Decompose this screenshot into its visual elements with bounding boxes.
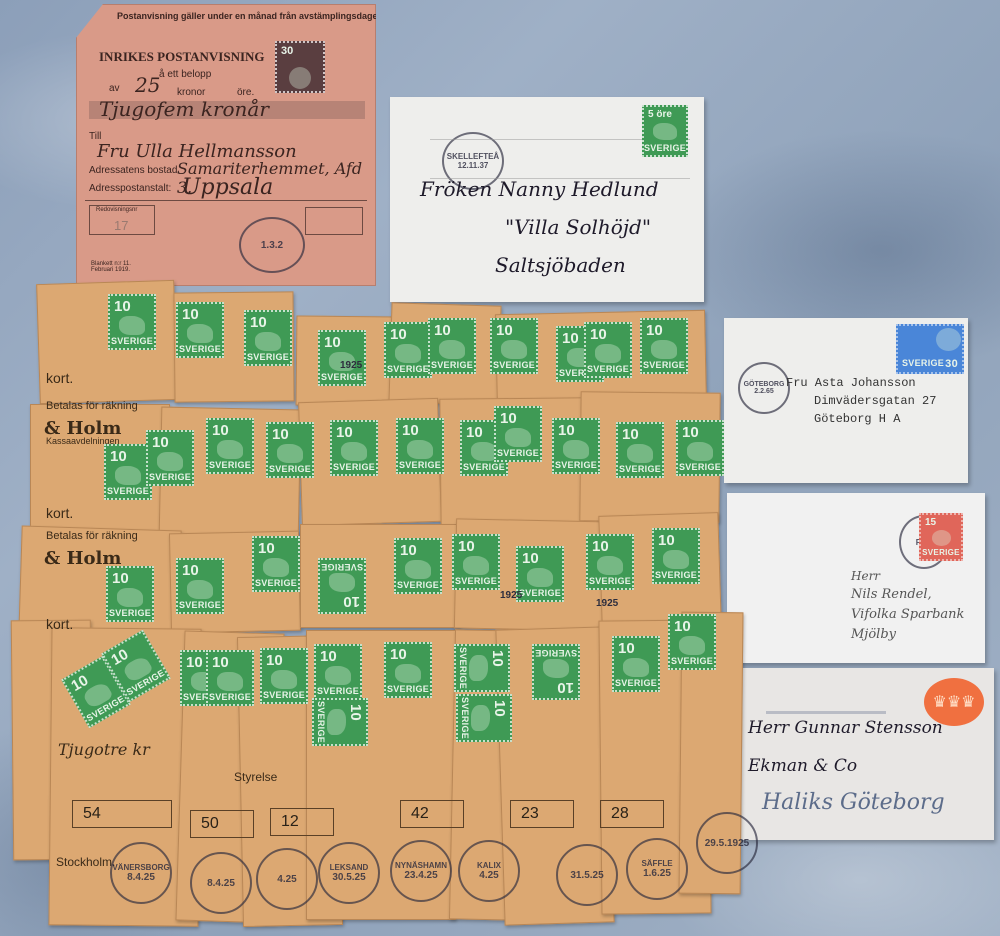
address-label: Adressatens bostad xyxy=(89,165,177,176)
card-text: kort. xyxy=(46,616,73,632)
stamp-country: SVERIGE xyxy=(397,580,439,590)
stamp-10-ore: 10SVERIGE xyxy=(260,648,308,704)
stamp-value: 10 xyxy=(655,532,675,549)
envelope-stationery: ♛♛♛ Herr Gunnar Stensson Ekman & Co Hali… xyxy=(736,668,994,840)
lion-icon xyxy=(263,558,288,576)
crossed-out-name xyxy=(766,690,886,714)
stamp-country: SVERIGE xyxy=(493,360,535,370)
stamp-country: SVERIGE xyxy=(458,647,468,689)
address-line-2: Ekman & Co xyxy=(748,756,857,776)
lion-icon xyxy=(469,655,487,680)
stamp-value: 10 xyxy=(497,410,517,427)
postmark: KALIX4.25 xyxy=(458,840,520,902)
stamp-country: SVERIGE xyxy=(255,578,297,588)
stamp-10-ore: 10SVERIGE xyxy=(532,644,580,700)
goteborg-postmark: GÖTEBORG 2.2.65 xyxy=(738,362,790,414)
money-order-header: Postanvisning gäller under en månad från… xyxy=(117,11,386,21)
lion-icon xyxy=(157,452,182,470)
stamp-10-ore: 10SVERIGE xyxy=(314,644,362,700)
stamp-country: SVERIGE xyxy=(387,684,429,694)
card-text: Betalas för räkning xyxy=(46,400,138,412)
stamp-country: SVERIGE xyxy=(902,358,944,370)
stamp-10-ore: 10SVERIGE xyxy=(396,418,444,474)
stamp-10-ore: 10SVERIGE xyxy=(206,650,254,706)
amount-prefix: å ett belopp xyxy=(159,69,211,80)
stamp-value: 10 xyxy=(671,618,691,635)
utbetalning-box xyxy=(305,207,363,235)
lion-icon xyxy=(327,709,345,734)
postmark-date: 8.4.25 xyxy=(127,872,155,883)
stamp-10-ore: 10SVERIGE xyxy=(176,302,224,358)
stamp-country: SVERIGE xyxy=(179,344,221,354)
stamp-value: 10 xyxy=(179,306,199,323)
stamp-value: 10 xyxy=(107,448,127,465)
stamp-value: 10 xyxy=(109,570,129,587)
stamp-10-ore: 10SVERIGE xyxy=(318,330,366,386)
stamp-10-ore: 10SVERIGE xyxy=(106,566,154,622)
amount-box: 28 xyxy=(600,800,664,828)
stamp-country: SVERIGE xyxy=(109,608,151,618)
postmark: 29.5.1925 xyxy=(696,812,758,874)
postmark-town: KALIX xyxy=(477,861,501,870)
stamp-value: 10 xyxy=(333,424,353,441)
lion-icon xyxy=(627,444,652,462)
stamp-15-red: 15 SVERIGE xyxy=(919,513,963,561)
address-line-1: Herr Gunnar Stensson xyxy=(748,718,943,738)
stamp-country: SVERIGE xyxy=(519,588,561,598)
address-line-2: Dimvädersgatan 27 xyxy=(814,394,936,408)
lion-icon xyxy=(117,588,142,606)
postmark-date: 4.25 xyxy=(479,870,498,881)
stamp-5-ore: 5 öre SVERIGE xyxy=(642,105,688,157)
postmark-date: 30.5.25 xyxy=(332,872,365,883)
stamp-10-ore: 10SVERIGE xyxy=(452,534,500,590)
card-text: Betalas för räkning xyxy=(46,530,138,542)
lion-icon xyxy=(463,556,488,574)
stamp-10-ore: 10SVERIGE xyxy=(266,422,314,478)
stamp-value: 10 xyxy=(615,640,635,657)
lion-icon xyxy=(471,705,489,730)
stamp-value: 10 xyxy=(209,422,229,439)
year-mark: 1925 xyxy=(596,598,618,609)
stamp-country: SVERIGE xyxy=(587,364,629,374)
stamp-country: SVERIGE xyxy=(643,360,685,370)
lion-icon xyxy=(595,344,620,362)
postmark: LEKSAND30.5.25 xyxy=(318,842,380,904)
postmark-date: 31.5.25 xyxy=(570,870,603,881)
stamp-country: SVERIGE xyxy=(321,372,363,382)
lion-icon xyxy=(329,573,354,591)
stamp-value: 10 xyxy=(263,652,283,669)
amount-words: Tjugofem kronår xyxy=(99,97,269,121)
three-crowns-icon: ♛♛♛ xyxy=(932,692,975,712)
money-order: Postanvisning gäller under en månad från… xyxy=(76,4,376,286)
postmark-date: 1.3.2 xyxy=(261,240,283,251)
amount-value: 25 xyxy=(135,73,160,97)
stamp-value: 10 xyxy=(559,330,579,347)
amount-box: 23 xyxy=(510,800,574,828)
stamp-value: 10 xyxy=(519,550,539,567)
card-text: kort. xyxy=(46,505,73,521)
stamp-10-ore: 10SVERIGE xyxy=(616,422,664,478)
stamp-value: 10 xyxy=(111,298,131,315)
postmark-town: LEKSAND xyxy=(330,863,369,872)
stamp-country: SVERIGE xyxy=(316,701,326,743)
money-order-footer: Blankett n:r 11. Februari 1919. xyxy=(91,261,151,273)
stamp-10-ore: 10SVERIGE xyxy=(244,310,292,366)
lion-icon xyxy=(651,340,676,358)
stamp-10-ore: 10SVERIGE xyxy=(108,294,156,350)
stamp-30-blue: SVERIGE 30 xyxy=(896,324,964,374)
lion-icon xyxy=(471,442,496,460)
stamp-value: 10 xyxy=(387,646,407,663)
lion-icon xyxy=(501,340,526,358)
post-office-label: Adresspostanstalt: xyxy=(89,183,171,194)
stamp-10-ore: 10SVERIGE xyxy=(552,418,600,474)
postmark-date: 29.5.1925 xyxy=(705,838,750,849)
lion-icon xyxy=(255,332,280,350)
stamp-value: 10 xyxy=(455,538,475,555)
stamp-country: SVERIGE xyxy=(644,143,686,153)
money-order-stamp: 30 xyxy=(275,41,325,93)
stamp-10-ore: 10SVERIGE xyxy=(176,558,224,614)
stamp-value: 10 xyxy=(557,679,577,696)
postmark: 8.4.25 xyxy=(190,852,252,914)
stamp-country: SVERIGE xyxy=(455,576,497,586)
stamp-10-ore: 10SVERIGE xyxy=(206,418,254,474)
stamp-10-ore: 10SVERIGE xyxy=(612,636,660,692)
stamp-10-ore: 10SVERIGE xyxy=(490,318,538,374)
stamp-value: 10 xyxy=(321,334,341,351)
stamp-country: SVERIGE xyxy=(463,462,505,472)
address-line-2: "Villa Solhöjd" xyxy=(505,215,651,239)
lion-icon xyxy=(187,580,212,598)
stamp-value: 10 xyxy=(555,422,575,439)
card-text: Stockholm. xyxy=(56,855,115,869)
stamp-country: SVERIGE xyxy=(111,336,153,346)
stamp-10-ore: 10SVERIGE xyxy=(394,538,442,594)
postmark-town: NYNÄSHAMN xyxy=(395,861,447,870)
postmark-date: 2.2.65 xyxy=(754,388,773,395)
postmark-date: 8.4.25 xyxy=(207,878,235,889)
stamp-10-ore: 10SVERIGE xyxy=(676,420,724,476)
amount-box: 50 xyxy=(190,810,254,838)
stamp-10-ore: 10SVERIGE xyxy=(640,318,688,374)
lion-icon xyxy=(217,440,242,458)
stamp-country: SVERIGE xyxy=(209,692,251,702)
card-text: Styrelse xyxy=(234,770,277,784)
stamp-value: 10 xyxy=(247,314,267,331)
lion-icon xyxy=(687,442,712,460)
card-text: Tjugotre kr xyxy=(58,740,150,759)
stamp-value: 10 xyxy=(343,593,363,610)
stamp-10-ore: 10SVERIGE xyxy=(384,322,432,378)
stamp-country: SVERIGE xyxy=(679,462,721,472)
amount-box: 12 xyxy=(270,808,334,836)
stamp-value: 10 xyxy=(209,654,229,671)
money-order-title: INRIKES POSTANVISNING xyxy=(99,49,265,65)
stamp-country: SVERIGE xyxy=(209,460,251,470)
stamp-10-ore: 10SVERIGE xyxy=(516,546,564,602)
year-mark: 1925 xyxy=(500,590,522,601)
stamp-value: 10 xyxy=(347,701,364,721)
stamp-country: SVERIGE xyxy=(263,690,305,700)
stamp-country: SVERIGE xyxy=(149,472,191,482)
stamp-value: 10 xyxy=(431,322,451,339)
lion-icon xyxy=(597,556,622,574)
lion-icon xyxy=(187,324,212,342)
stamp-country: SVERIGE xyxy=(179,600,221,610)
lion-icon xyxy=(663,550,688,568)
stamp-country: SVERIGE xyxy=(497,448,539,458)
lion-icon xyxy=(217,672,242,690)
lion-icon xyxy=(407,440,432,458)
stamp-country: SVERIGE xyxy=(460,697,470,739)
stamp-10-ore: 10SVERIGE xyxy=(456,694,512,742)
lion-icon xyxy=(563,440,588,458)
address-line-4: Mjölby xyxy=(851,627,896,642)
amount-box: 42 xyxy=(400,800,464,828)
stamp-value: 10 xyxy=(387,326,407,343)
postmark-town: VÄNERSBORG xyxy=(112,863,169,872)
postmark-date: 23.4.25 xyxy=(404,870,437,881)
stamp-value: 10 xyxy=(489,647,506,667)
lion-icon xyxy=(115,466,140,484)
stamp-10-ore: 10SVERIGE xyxy=(312,698,368,746)
portraits-icon xyxy=(936,328,961,351)
portrait-icon xyxy=(932,530,951,545)
postmark: SÄFFLE1.6.25 xyxy=(626,838,688,900)
stamp-10-ore: 10SVERIGE xyxy=(146,430,194,486)
lion-icon xyxy=(405,560,430,578)
stamp-10-ore: 10SVERIGE xyxy=(384,642,432,698)
stamp-country: SVERIGE xyxy=(399,460,441,470)
card-text: kort. xyxy=(46,370,73,386)
stamp-value: 10 xyxy=(643,322,663,339)
lion-icon xyxy=(119,316,144,334)
stamp-10-ore: 10SVERIGE xyxy=(454,644,510,692)
stamp-country: SVERIGE xyxy=(555,460,597,470)
postmark: VÄNERSBORG8.4.25 xyxy=(110,842,172,904)
address-line-1: Herr xyxy=(851,569,880,583)
envelope-skelleftea: SKELLEFTEÅ 12.11.37 5 öre SVERIGE Fröken… xyxy=(390,97,704,302)
lion-icon xyxy=(653,123,677,140)
stamp-10-ore: 10SVERIGE xyxy=(428,318,476,374)
stamp-10-ore: 10SVERIGE xyxy=(652,528,700,584)
lion-icon xyxy=(543,659,568,677)
stamp-10-ore: 10SVERIGE xyxy=(668,614,716,670)
lion-icon xyxy=(325,666,350,684)
stamp-value: 15 xyxy=(922,517,936,528)
falkenberg-postmark: 1.3.2 xyxy=(239,217,305,273)
postmark: NYNÄSHAMN23.4.25 xyxy=(390,840,452,902)
address-line-3: Saltsjöbaden xyxy=(495,253,626,277)
stamp-10-ore: 10SVERIGE xyxy=(252,536,300,592)
portrait-icon xyxy=(289,67,311,89)
stamp-10-ore: 10SVERIGE xyxy=(330,420,378,476)
stamp-value: 10 xyxy=(149,434,169,451)
postmark-town: SÄFFLE xyxy=(641,859,672,868)
stamp-value: 10 xyxy=(491,697,508,717)
address-line-3: Göteborg H A xyxy=(814,412,900,426)
stamp-country: SVERIGE xyxy=(247,352,289,362)
address-line-1: Fru Asta Johansson xyxy=(786,376,916,390)
lion-icon xyxy=(277,444,302,462)
stamp-10-ore: 10SVERIGE xyxy=(104,444,152,500)
address-line-3: Haliks Göteborg xyxy=(762,790,945,815)
postmark-town: GÖTEBORG xyxy=(744,381,785,388)
stamp-country: SVERIGE xyxy=(671,656,713,666)
stamp-country: SVERIGE xyxy=(655,570,697,580)
stamp-value: 30 xyxy=(278,45,293,57)
stamp-country: SVERIGE xyxy=(107,486,149,496)
year-mark: 1925 xyxy=(340,360,362,371)
stamp-10-ore: 10SVERIGE xyxy=(584,322,632,378)
stamp-value: 5 öre xyxy=(645,109,672,120)
envelope-goteborg: GÖTEBORG 2.2.65 SVERIGE 30 Fru Asta Joha… xyxy=(724,318,968,483)
reg-label: Redovisningsnr xyxy=(96,207,137,213)
stamp-value: 10 xyxy=(255,540,275,557)
stamp-value: 10 xyxy=(317,648,337,665)
lion-icon xyxy=(623,658,648,676)
lion-icon xyxy=(395,664,420,682)
stamp-country: SVERIGE xyxy=(535,648,577,658)
stamp-value: 10 xyxy=(493,322,513,339)
stamp-country: SVERIGE xyxy=(615,678,657,688)
stamp-country: SVERIGE xyxy=(922,548,960,557)
address-line-1: Fröken Nanny Hedlund xyxy=(420,177,659,201)
address-line-3: Vifolka Sparbank xyxy=(851,607,964,622)
stamp-value: 10 xyxy=(397,542,417,559)
stamp-value: 10 xyxy=(269,426,289,443)
lion-icon xyxy=(505,428,530,446)
stamp-10-ore: 10SVERIGE xyxy=(494,406,542,462)
stamp-country: SVERIGE xyxy=(387,364,429,374)
stamp-country: SVERIGE xyxy=(589,576,631,586)
address-line-2: Nils Rendel, xyxy=(851,587,932,602)
stamp-value: 10 xyxy=(679,424,699,441)
stamp-10-ore: 10SVERIGE xyxy=(586,534,634,590)
stamp-country: SVERIGE xyxy=(317,686,359,696)
lion-icon xyxy=(679,636,704,654)
stamp-value: 10 xyxy=(183,654,203,671)
amount-box: 54 xyxy=(72,800,172,828)
reg-value: 17 xyxy=(114,218,128,233)
lion-icon xyxy=(271,670,296,688)
stamp-country: SVERIGE xyxy=(431,360,473,370)
stamp-value: 10 xyxy=(399,422,419,439)
stamp-country: SVERIGE xyxy=(333,462,375,472)
lion-icon xyxy=(341,442,366,460)
lion-icon xyxy=(439,340,464,358)
stamp-value: 30 xyxy=(945,358,958,370)
stamp-country: SVERIGE xyxy=(321,562,363,572)
postmark-date: 1.6.25 xyxy=(643,868,671,879)
stamp-value: 10 xyxy=(179,562,199,579)
postmark-date: 4.25 xyxy=(277,874,296,885)
envelope-mjolby: PKP 15 SVERIGE Herr Nils Rendel, Vifolka… xyxy=(727,493,985,663)
stamp-value: 10 xyxy=(619,426,639,443)
post-office-value: Uppsala xyxy=(182,175,273,200)
amount-av-label: av xyxy=(109,83,120,94)
postmark: 4.25 xyxy=(256,848,318,910)
lion-icon xyxy=(395,344,420,362)
stamp-value: 10 xyxy=(463,424,483,441)
reg-box: Redovisningsnr 17 xyxy=(89,205,155,235)
stamp-value: 10 xyxy=(587,326,607,343)
divider xyxy=(85,200,367,201)
stamp-value: 10 xyxy=(589,538,609,555)
stamp-country: SVERIGE xyxy=(269,464,311,474)
stamp-10-ore: 10SVERIGE xyxy=(318,558,366,614)
lion-icon xyxy=(527,568,552,586)
postmark: 31.5.25 xyxy=(556,844,618,906)
stamp-country: SVERIGE xyxy=(619,464,661,474)
